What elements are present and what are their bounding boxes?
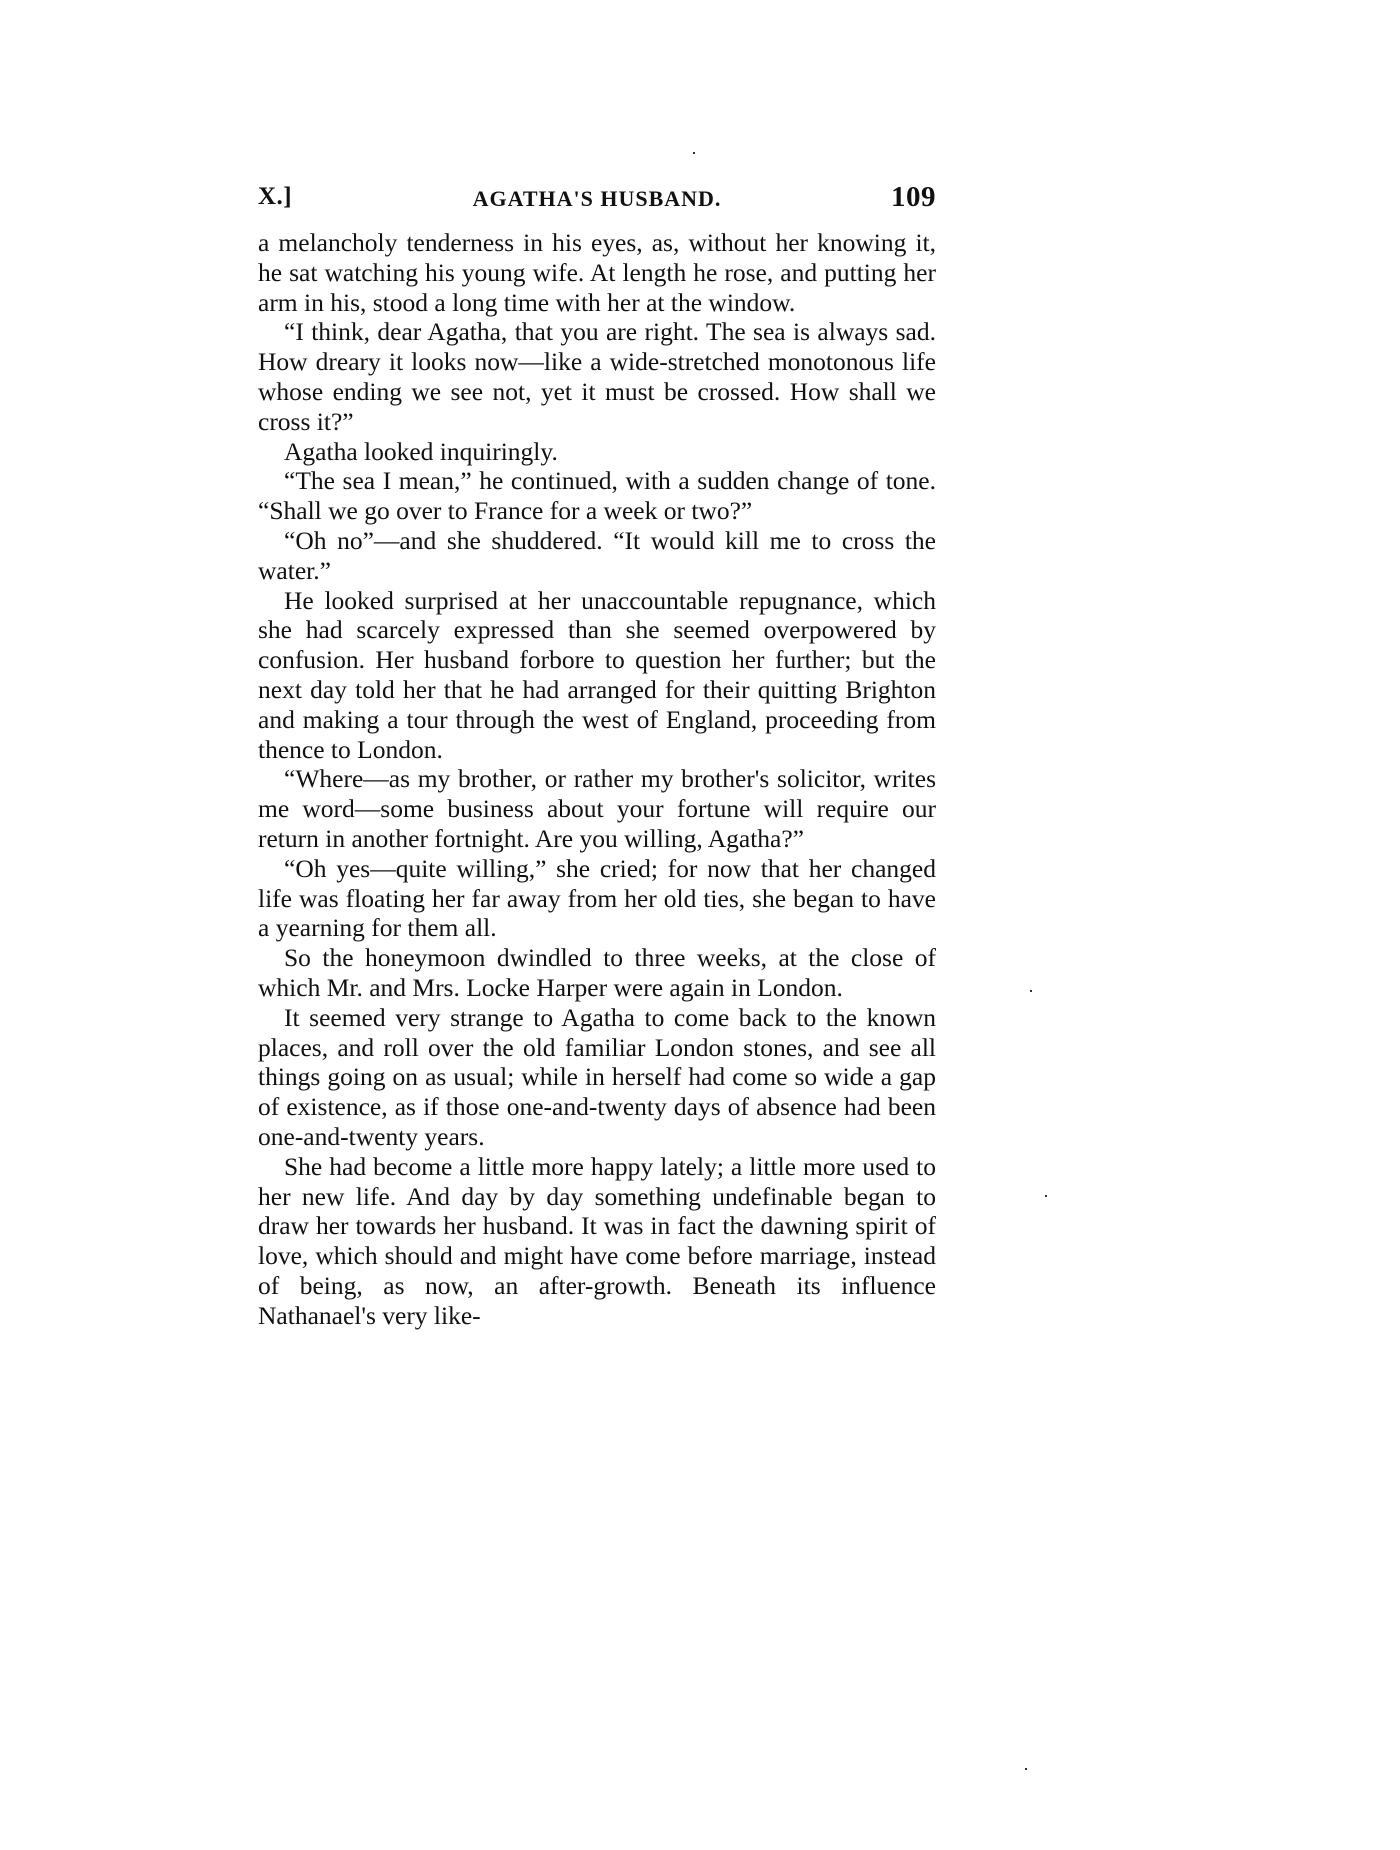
paragraph: Agatha looked inquiringly. bbox=[258, 437, 936, 467]
paragraph: “I think, dear Agatha, that you are righ… bbox=[258, 317, 936, 436]
running-header: X.] AGATHA'S HUSBAND. 109 bbox=[258, 183, 936, 223]
body-text: a melancholy tenderness in his eyes, as,… bbox=[258, 228, 936, 1330]
book-page: X.] AGATHA'S HUSBAND. 109 a melancholy t… bbox=[0, 0, 1400, 1850]
scan-speck bbox=[1025, 1768, 1027, 1770]
running-title: AGATHA'S HUSBAND. bbox=[258, 183, 936, 212]
scan-speck bbox=[1030, 990, 1032, 992]
page-number: 109 bbox=[891, 181, 936, 214]
scan-speck bbox=[1045, 1195, 1047, 1197]
paragraph: He looked surprised at her unaccountable… bbox=[258, 586, 936, 765]
paragraph: She had become a little more happy latel… bbox=[258, 1152, 936, 1331]
paragraph: It seemed very strange to Agatha to come… bbox=[258, 1003, 936, 1152]
paragraph: So the honeymoon dwindled to three weeks… bbox=[258, 943, 936, 1003]
paragraph: “The sea I mean,” he continued, with a s… bbox=[258, 466, 936, 526]
paragraph: “Oh no”—and she shuddered. “It would kil… bbox=[258, 526, 936, 586]
paragraph: a melancholy tenderness in his eyes, as,… bbox=[258, 228, 936, 317]
paragraph: “Where—as my brother, or rather my broth… bbox=[258, 764, 936, 853]
paragraph: “Oh yes—quite willing,” she cried; for n… bbox=[258, 854, 936, 943]
scan-speck bbox=[693, 152, 695, 154]
